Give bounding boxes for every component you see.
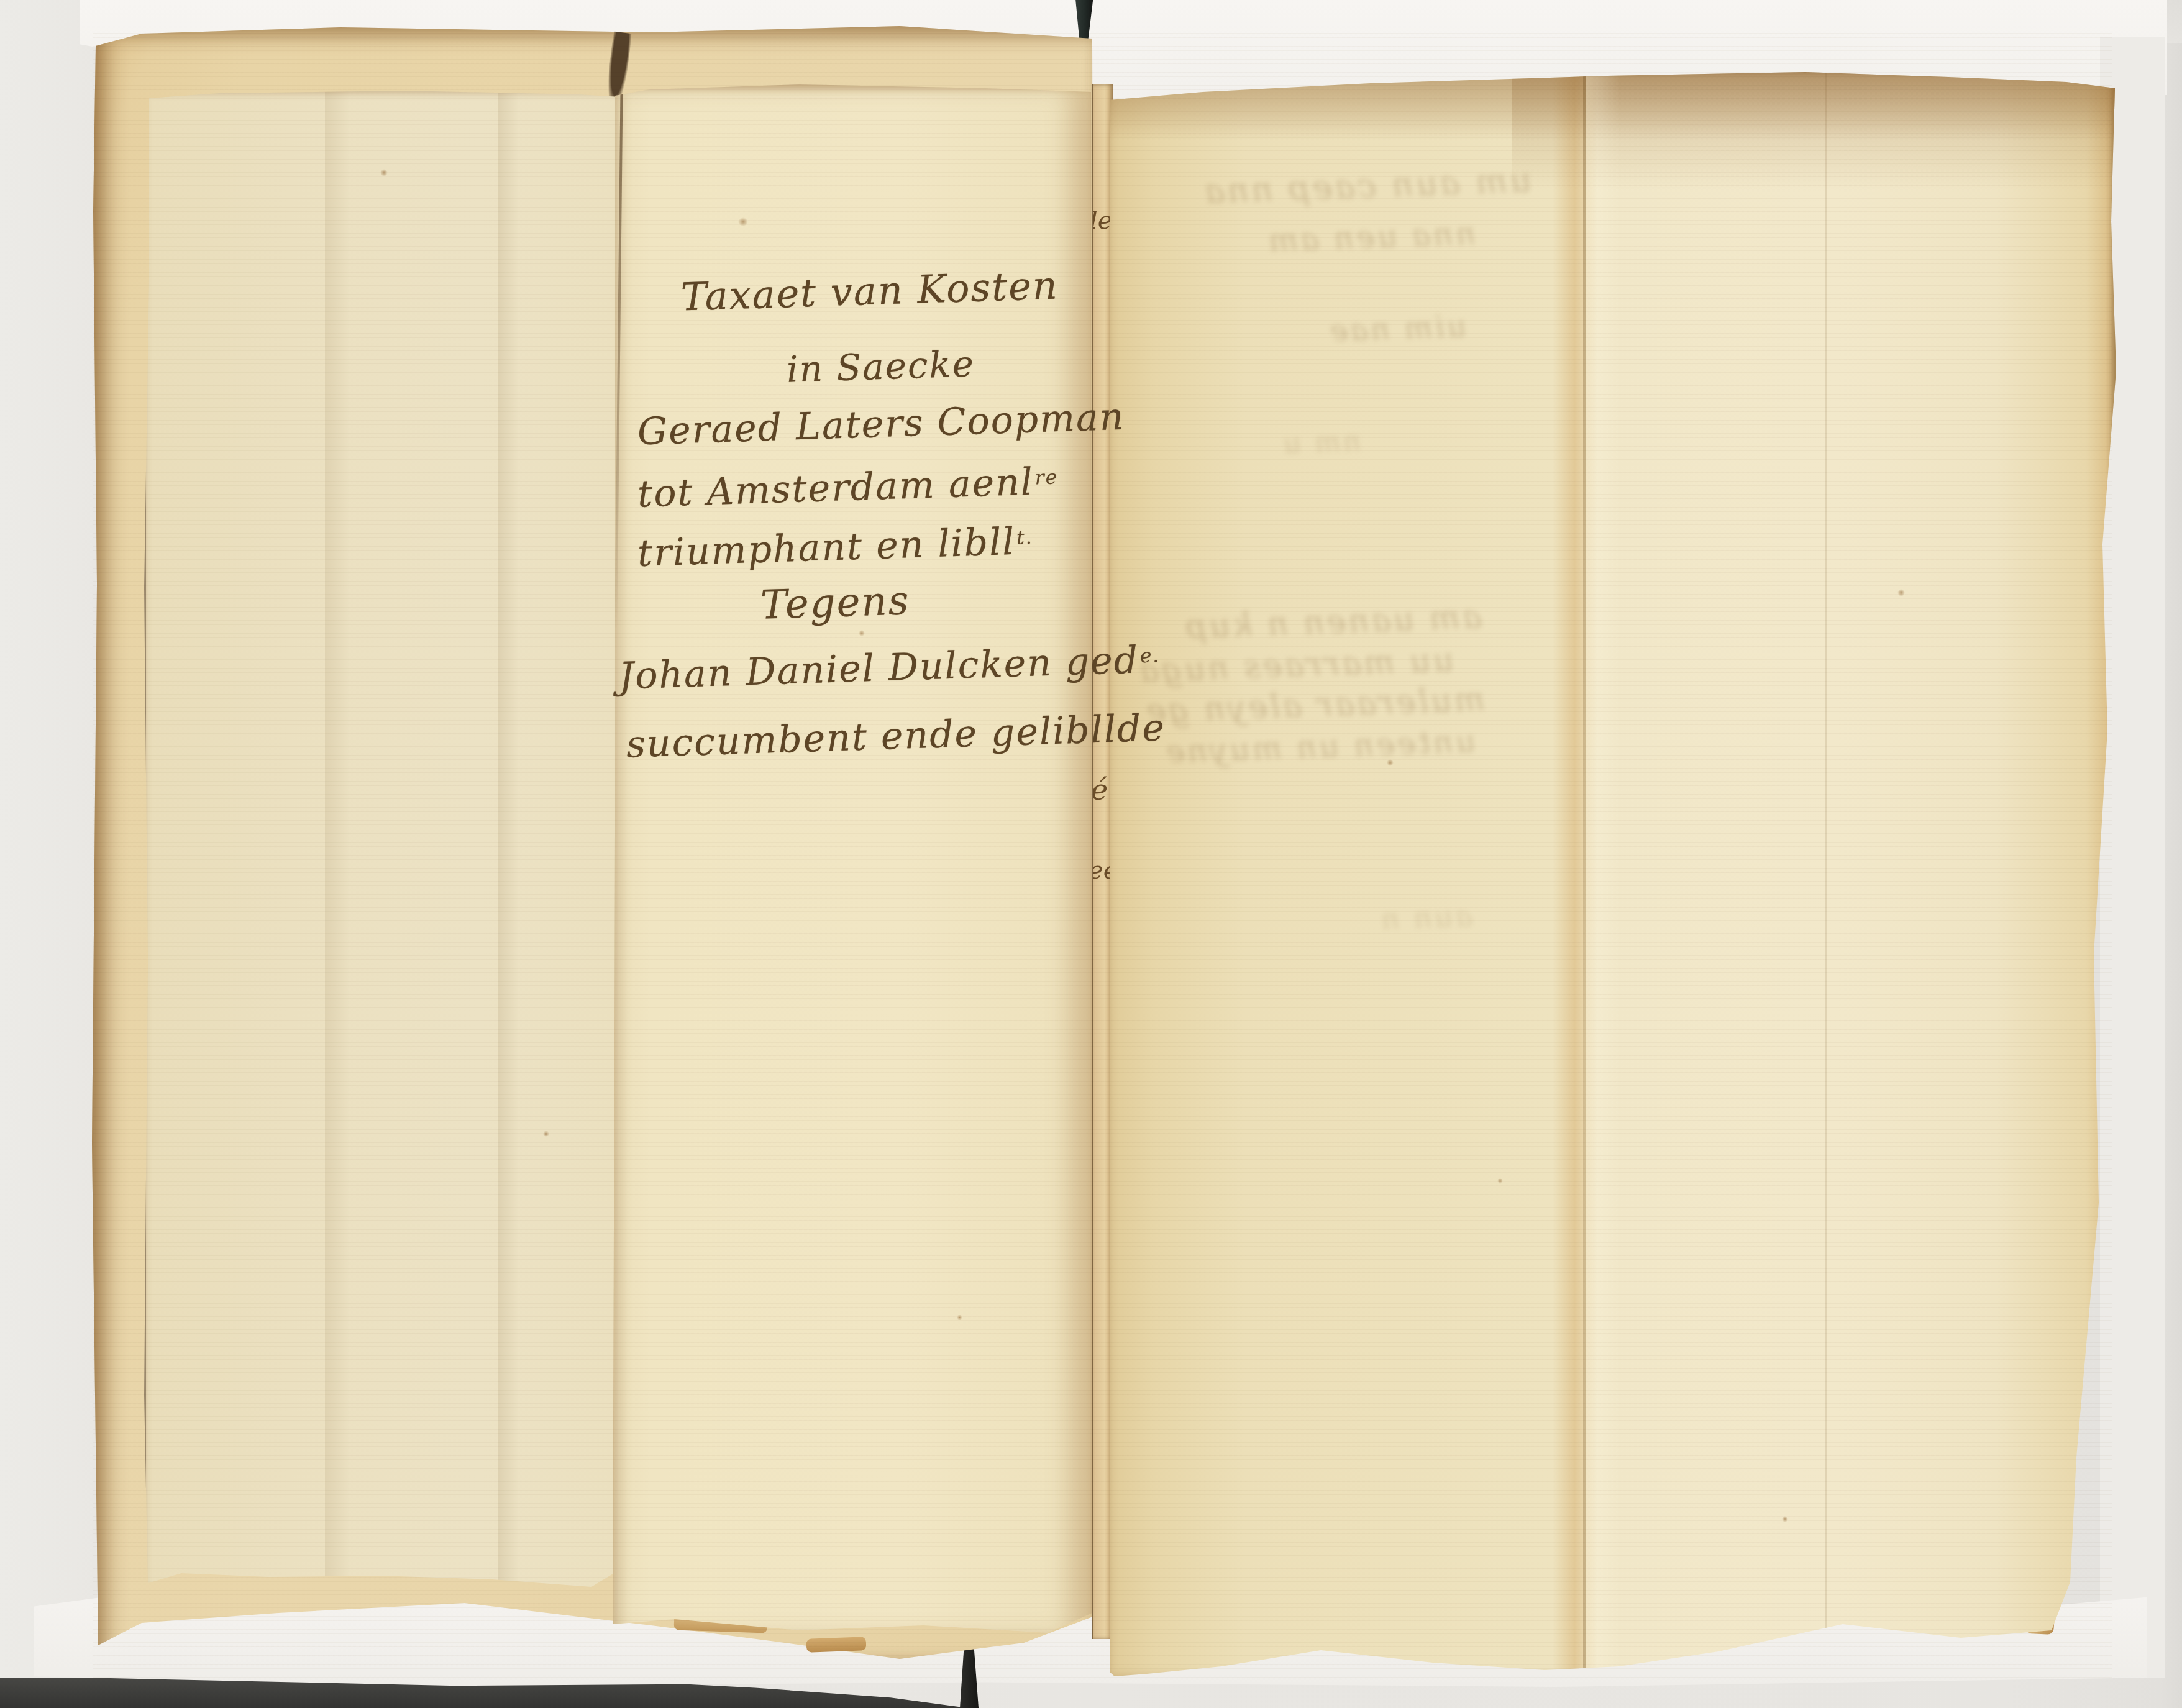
left-page-verso (144, 91, 622, 1604)
fold-crease (498, 91, 519, 1604)
foxing-speck (1387, 759, 1394, 766)
foxing-speck (1897, 589, 1905, 596)
right-page (1110, 72, 2116, 1681)
showthrough-line: nna uen am (1276, 215, 1476, 258)
handwriting-line-6: Tegens (760, 578, 912, 629)
showthrough-line: aun n (1298, 899, 1473, 939)
paper-chip (806, 1637, 867, 1652)
clipped-letter-fragment: é (1092, 773, 1108, 806)
fold-crease (1825, 72, 1827, 1681)
manuscript-scan: le é ee um aun caep nna nna uen am uim n… (0, 0, 2182, 1708)
foxing-speck (957, 1315, 962, 1320)
handwriting-line-2: in Saecke (786, 342, 977, 391)
fold-crack (614, 84, 623, 631)
foxing-speck (1497, 1178, 1503, 1184)
fold-crease (325, 91, 350, 1604)
showthrough-line: nm u (1242, 426, 1361, 462)
foxing-speck (859, 630, 865, 636)
foxing-speck (738, 217, 748, 226)
showthrough-line: uim nae (1304, 309, 1467, 349)
foxing-speck (543, 1131, 549, 1137)
clipped-letter-fragment: le (1092, 206, 1112, 235)
foxing-speck (1782, 1516, 1788, 1522)
foxing-speck (380, 169, 388, 176)
fold-crease-highlight (1586, 72, 1620, 1681)
